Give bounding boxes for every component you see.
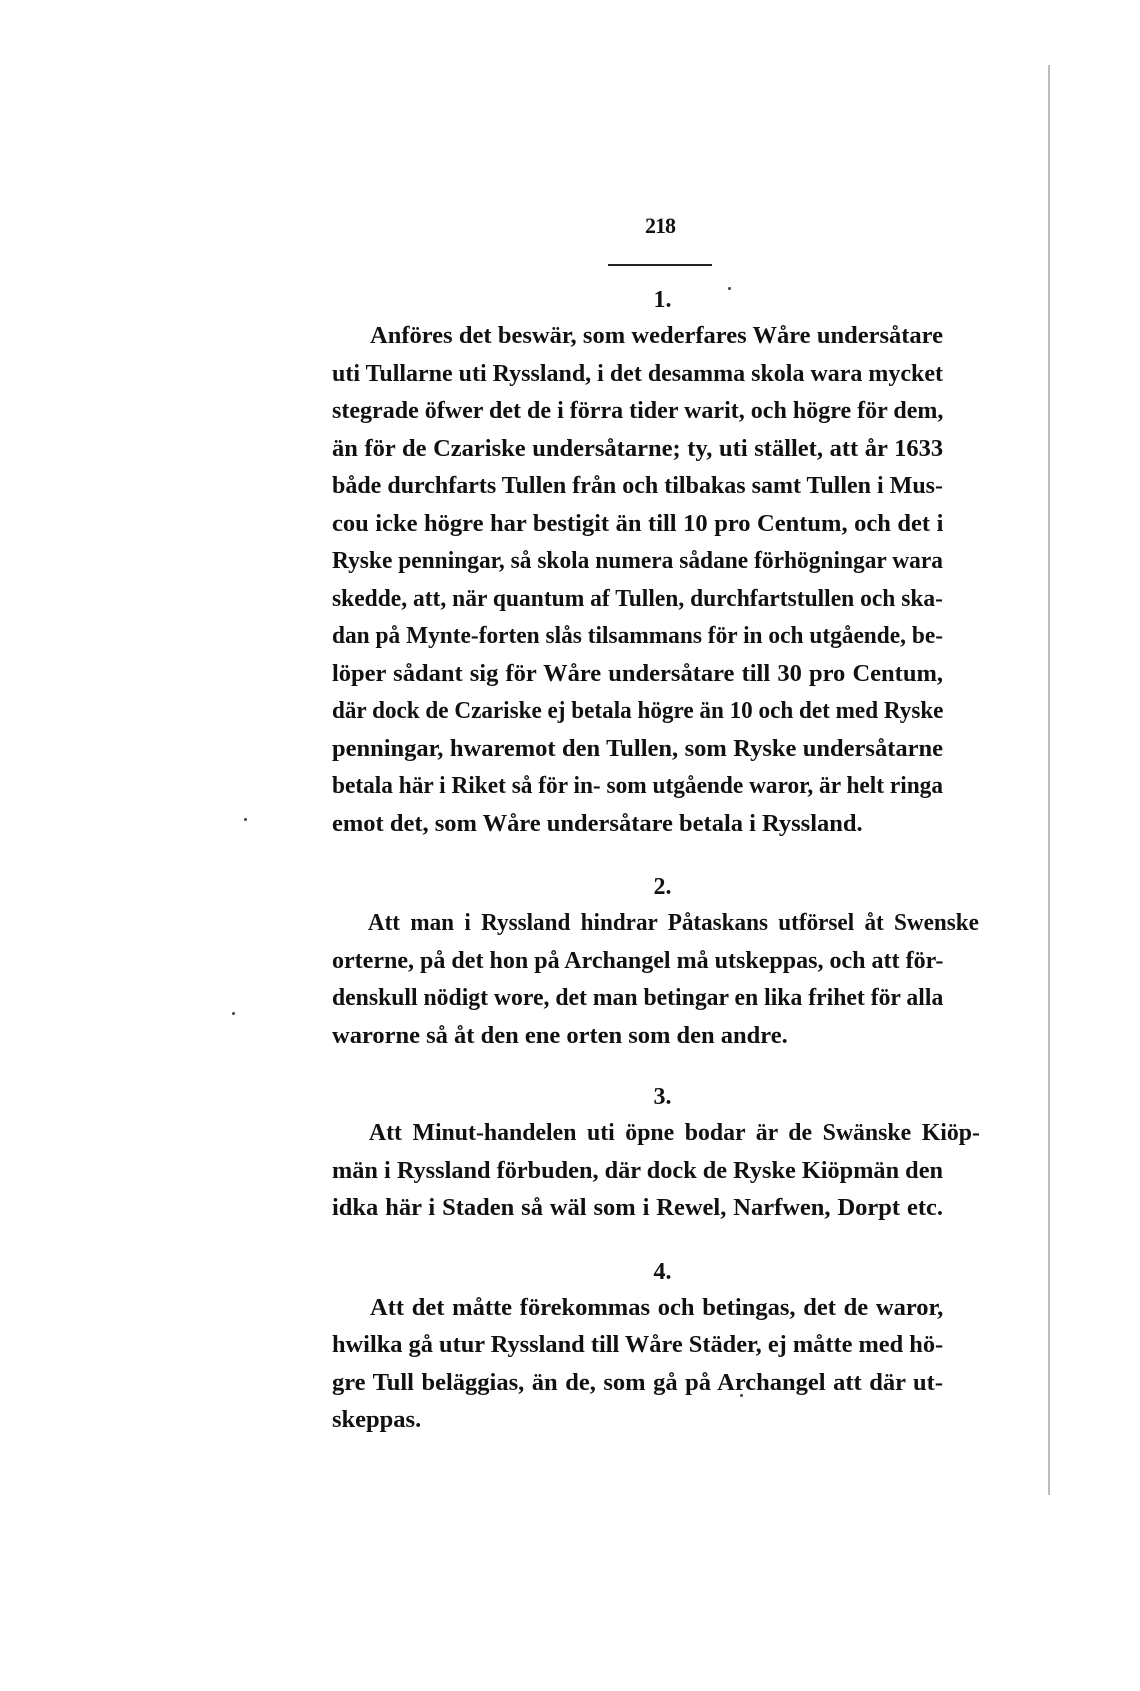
text-line: stegrade öfwer det de i förra tider wari… bbox=[332, 392, 943, 430]
text-line: betala här i Riket så för in- som utgåen… bbox=[332, 767, 943, 805]
section-number: 3. bbox=[332, 1080, 943, 1114]
page-number: 218 bbox=[610, 213, 710, 239]
text-line: denskull nödigt wore, det man betingar e… bbox=[332, 979, 943, 1017]
text-line: skeppas. bbox=[332, 1401, 943, 1439]
text-line: skedde, att, när quantum af Tullen, durc… bbox=[332, 580, 943, 618]
text-line: Att man i Ryssland hindrar Påtaskans utf… bbox=[332, 904, 979, 942]
text-line: både durchfarts Tullen från och tilbakas… bbox=[332, 467, 943, 505]
text-line: emot det, som Wåre undersåtare betala i … bbox=[332, 805, 943, 843]
section-paragraph: Att man i Ryssland hindrar Påtaskans utf… bbox=[332, 904, 943, 1054]
text-line: cou icke högre har bestigit än till 10 p… bbox=[332, 505, 943, 543]
text-line: Anföres det beswär, som wederfares Wåre … bbox=[332, 317, 943, 355]
text-line: där dock de Czariske ej betala högre än … bbox=[332, 692, 943, 730]
text-line: dan på Mynte-forten slås tilsammans för … bbox=[332, 617, 943, 655]
text-line: idka här i Staden så wäl som i Rewel, Na… bbox=[332, 1189, 943, 1227]
section-paragraph: Att Minut-handelen uti öpne bodar är de … bbox=[332, 1114, 943, 1227]
print-speck bbox=[244, 818, 247, 821]
text-line: uti Tullarne uti Ryssland, i det desamma… bbox=[332, 355, 943, 393]
text-line: hwilka gå utur Ryssland till Wåre Städer… bbox=[332, 1326, 943, 1364]
page-number-rule bbox=[608, 264, 712, 266]
text-line: warorne så åt den ene orten som den andr… bbox=[332, 1017, 943, 1055]
text-line: Att Minut-handelen uti öpne bodar är de … bbox=[332, 1114, 980, 1152]
section-number: 1. bbox=[332, 283, 943, 317]
page-edge-line bbox=[1048, 65, 1050, 1495]
section-paragraph: Anföres det beswär, som wederfares Wåre … bbox=[332, 317, 943, 842]
text-line: penningar, hwaremot den Tullen, som Rysk… bbox=[332, 730, 943, 768]
section-paragraph: Att det måtte förekommas och betingas, d… bbox=[332, 1289, 943, 1439]
text-line: män i Ryssland förbuden, där dock de Rys… bbox=[332, 1152, 943, 1190]
text-line: orterne, på det hon på Archangel må utsk… bbox=[332, 942, 943, 980]
print-speck bbox=[232, 1012, 235, 1015]
section-number: 2. bbox=[332, 870, 943, 904]
text-line: Att det måtte förekommas och betingas, d… bbox=[332, 1289, 943, 1327]
text-line: löper sådant sig för Wåre undersåtare ti… bbox=[332, 655, 943, 693]
text-line: än för de Czariske undersåtarne; ty, uti… bbox=[332, 430, 943, 468]
section-number: 4. bbox=[332, 1255, 943, 1289]
text-line: gre Tull beläggias, än de, som gå på Arc… bbox=[332, 1364, 943, 1402]
text-line: Ryske penningar, så skola numera sådane … bbox=[332, 542, 943, 580]
document-body: 1. Anföres det beswär, som wederfares Wå… bbox=[332, 283, 943, 1439]
